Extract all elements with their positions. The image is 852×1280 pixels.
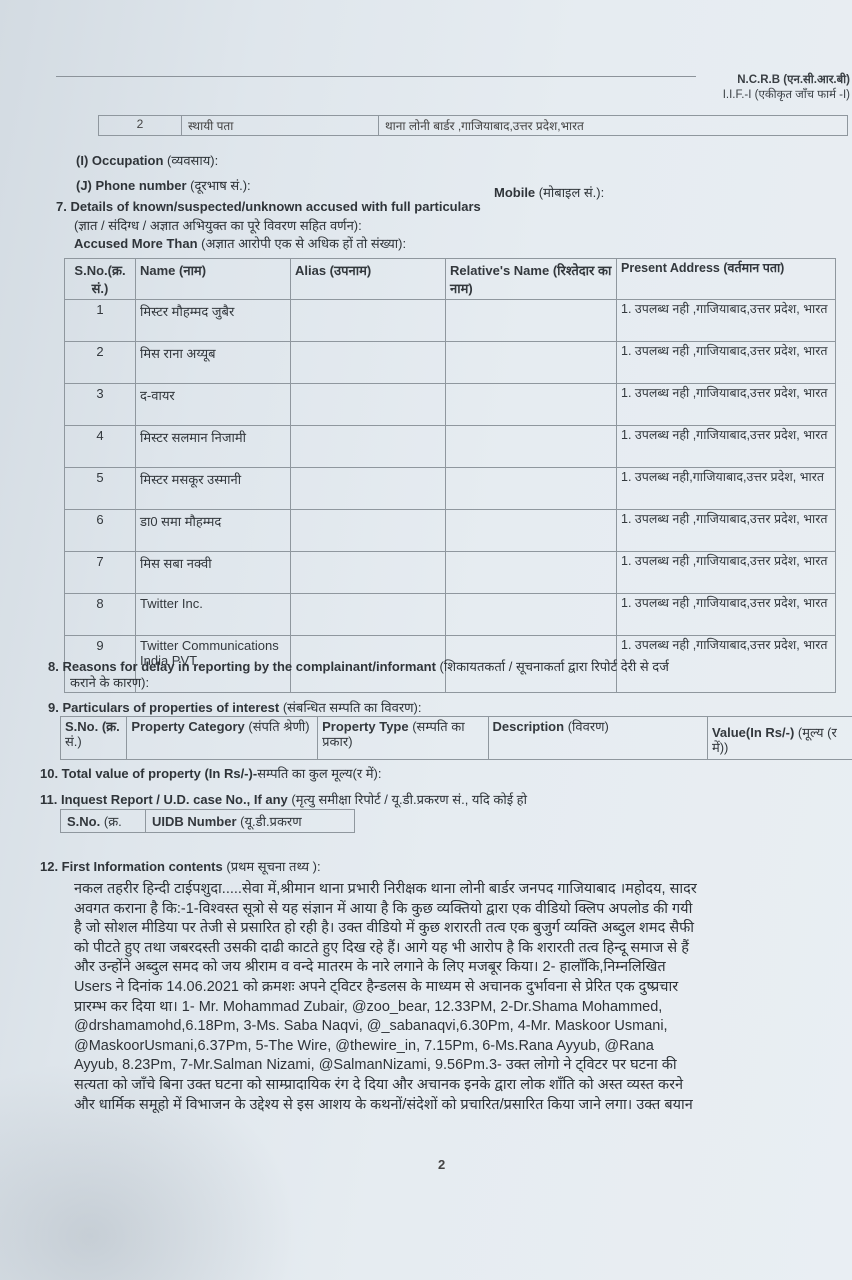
table-row: 2 स्थायी पता थाना लोनी बार्डर ,गाजियाबाद… <box>99 116 848 136</box>
section11-title: 11. Inquest Report / U.D. case No., If a… <box>40 790 527 808</box>
col-address: Present Address (वर्तमान पता) <box>617 259 836 300</box>
table-row: 8 Twitter Inc. 1. उपलब्ध नही ,गाजियाबाद,… <box>65 594 836 636</box>
col-sno: S.No.(क्र. सं.) <box>65 259 136 300</box>
table-row: 4 मिस्टर सलमान निजामी 1. उपलब्ध नही ,गाज… <box>65 426 836 468</box>
accused-table: S.No.(क्र. सं.) Name (नाम) Alias (उपनाम)… <box>64 258 836 693</box>
table-row: 1 मिस्टर मौहम्मद जुबैर 1. उपलब्ध नही ,गा… <box>65 300 836 342</box>
address-table: 2 स्थायी पता थाना लोनी बार्डर ,गाजियाबाद… <box>98 115 848 136</box>
table-header-row: S.No.(क्र. सं.) Name (नाम) Alias (उपनाम)… <box>65 259 836 300</box>
section7-title: 7. Details of known/suspected/unknown ac… <box>56 199 481 214</box>
col-property-category: Property Category (संपति श्रेणी) <box>127 717 318 760</box>
mobile-field: Mobile (मोबाइल सं.): <box>494 183 604 201</box>
section9-title: 9. Particulars of properties of interest… <box>48 698 422 716</box>
header-rule <box>56 76 696 77</box>
section12-title: 12. First Information contents (प्रथम सू… <box>40 857 321 875</box>
form-header: N.C.R.B (एन.सी.आर.बी) I.I.F.-I (एकीकृत ज… <box>723 73 850 103</box>
phone-field: (J) Phone number (दूरभाष सं.): <box>76 176 251 194</box>
col-value: Value(In Rs/-) (मूल्य (र में)) <box>707 717 852 760</box>
table-row: 2 मिस राना अय्यूब 1. उपलब्ध नही ,गाजियाब… <box>65 342 836 384</box>
col-uidb-number: UIDB Number (यू.डी.प्रकरण <box>146 810 355 833</box>
uidb-table: S.No. (क्र. UIDB Number (यू.डी.प्रकरण <box>60 809 355 833</box>
table-header-row: S.No. (क्र. सं.) Property Category (संपत… <box>61 717 852 760</box>
occupation-field: (I) Occupation (व्यवसाय): <box>76 151 218 169</box>
address-value: थाना लोनी बार्डर ,गाजियाबाद,उत्तर प्रदेश… <box>379 116 848 136</box>
table-row: 7 मिस सबा नक्वी 1. उपलब्ध नही ,गाजियाबाद… <box>65 552 836 594</box>
table-row: 6 डा0 समा मौहम्मद 1. उपलब्ध नही ,गाजियाब… <box>65 510 836 552</box>
accused-more-than: Accused More Than (अज्ञात आरोपी एक से अध… <box>74 234 406 252</box>
ncrb-label: N.C.R.B (एन.सी.आर.बी) <box>723 73 850 88</box>
col-relative: Relative's Name (रिश्तेदार का नाम) <box>446 259 617 300</box>
col-description: Description (विवरण) <box>488 717 707 760</box>
table-row: 5 मिस्टर मसकूर उस्मानी 1. उपलब्ध नही,गाज… <box>65 468 836 510</box>
iif-label: I.I.F.-I (एकीकृत जाँच फार्म -I) <box>723 88 850 103</box>
table-row: 3 द-वायर 1. उपलब्ध नही ,गाजियाबाद,उत्तर … <box>65 384 836 426</box>
section8-hindi: कराने के कारण): <box>70 673 149 691</box>
section7-hindi: (ज्ञात / संदिग्ध / अज्ञात अभियुक्त का पू… <box>74 216 362 234</box>
col-sno: S.No. (क्र. <box>61 810 146 833</box>
col-sno: S.No. (क्र. सं.) <box>61 717 127 760</box>
first-information-text: नकल तहरीर हिन्दी टाईपशुदा.....सेवा में,श… <box>74 880 774 1115</box>
col-name: Name (नाम) <box>136 259 291 300</box>
page-number: 2 <box>438 1157 445 1172</box>
col-property-type: Property Type (सम्पति का प्रकार) <box>318 717 488 760</box>
section10-title: 10. Total value of property (In Rs/-)-सम… <box>40 764 382 782</box>
property-table: S.No. (क्र. सं.) Property Category (संपत… <box>60 716 852 760</box>
col-alias: Alias (उपनाम) <box>291 259 446 300</box>
table-header-row: S.No. (क्र. UIDB Number (यू.डी.प्रकरण <box>61 810 355 833</box>
address-sno: 2 <box>99 116 182 136</box>
address-type: स्थायी पता <box>182 116 379 136</box>
